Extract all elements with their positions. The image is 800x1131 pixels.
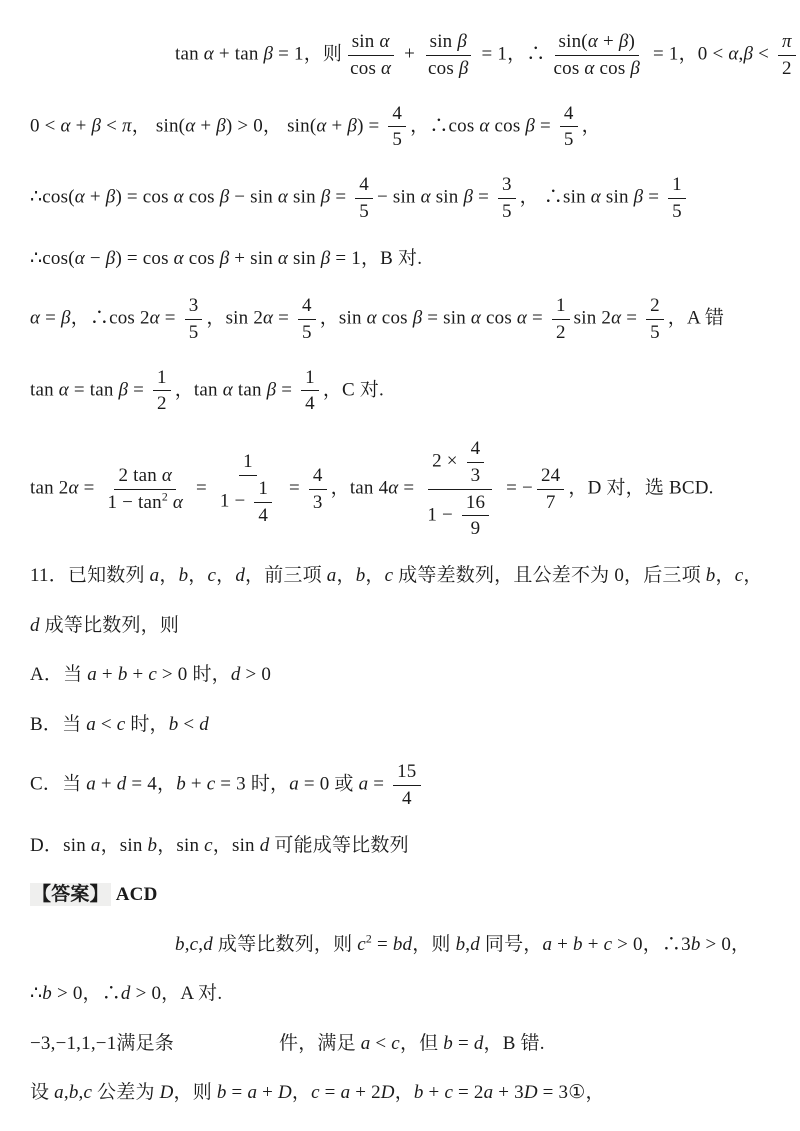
fraction: 25 — [646, 294, 664, 345]
text-run: A．当 — [30, 664, 87, 685]
text-run: ∴ — [30, 983, 42, 1004]
math-variable: a — [341, 1082, 351, 1103]
text-run: 1 — [258, 478, 268, 499]
math-variable: d — [30, 615, 40, 636]
math-variable: α — [174, 187, 184, 208]
trig-solution-line-7: tan 2α = 2 tan α1 − tan2 α = 11 − 14 = 4… — [30, 437, 772, 541]
text-run: − sin — [229, 187, 278, 208]
text-run: ， — [159, 565, 178, 586]
text-run: sin — [431, 187, 464, 208]
text-run: ， — [743, 565, 762, 586]
text-run: = — [473, 187, 494, 208]
math-variable: d — [260, 835, 270, 856]
text-run: 4 — [564, 103, 574, 124]
text-run: sin — [601, 187, 634, 208]
fraction-denominator: 4 — [398, 786, 416, 811]
math-variable: a — [150, 565, 160, 586]
text-run: ACD — [111, 884, 158, 905]
text-run: cos — [554, 58, 585, 79]
fraction-numerator: 1 — [254, 477, 272, 503]
text-run: −3,−1,1,−1满足条 — [30, 1033, 174, 1054]
text-run: 7 — [546, 492, 556, 513]
math-variable: a — [86, 714, 96, 735]
fraction: 12 — [552, 294, 570, 345]
text-run: ，前三项 — [245, 565, 327, 586]
text-run: = — [273, 308, 294, 329]
text-run: 成等比数列，则 — [213, 934, 357, 955]
math-variable: α — [223, 379, 233, 400]
math-variable: a — [543, 934, 553, 955]
math-variable: α — [278, 248, 288, 269]
math-variable: α — [316, 115, 326, 136]
text-run: = — [227, 1082, 248, 1103]
option-b: B．当 a < c 时，b < d — [30, 711, 772, 740]
fraction: 11 − 14 — [216, 450, 280, 527]
text-run: ， — [716, 565, 735, 586]
text-run: + — [327, 115, 348, 136]
text-run: = — [535, 115, 556, 136]
math-variable: α — [381, 58, 391, 79]
fraction: 43 — [467, 437, 485, 488]
fraction-denominator: 5 — [668, 199, 686, 224]
text-run: 3 — [189, 295, 199, 316]
fraction-numerator: sin α — [348, 30, 394, 56]
math-variable: β — [220, 248, 230, 269]
math-variable: α — [75, 187, 85, 208]
math-variable: b — [69, 1082, 79, 1103]
text-run: = 1，0 < — [648, 44, 728, 65]
text-run: 24 — [541, 465, 560, 486]
text-run: 5 — [672, 201, 682, 222]
text-run: ， ∴sin — [520, 187, 591, 208]
text-run: + — [552, 934, 573, 955]
fraction-denominator: 2 — [552, 320, 570, 345]
text-run: 9 — [471, 518, 481, 539]
math-variable: d — [231, 664, 241, 685]
text-run: 15 — [397, 761, 416, 782]
text-run: + — [97, 664, 118, 685]
text-run: > 0，∴ — [52, 983, 121, 1004]
text-run: + — [128, 664, 149, 685]
text-run: = 4， — [126, 774, 176, 795]
text-run: > 0， — [701, 934, 751, 955]
math-variable: β — [347, 115, 357, 136]
text-run: 16 — [466, 492, 485, 513]
text-run: − sin — [377, 187, 421, 208]
text-run: 2 — [650, 295, 660, 316]
text-run: < — [370, 1033, 391, 1054]
text-run: = — [128, 379, 149, 400]
text-run: cos — [377, 308, 413, 329]
math-variable: c — [444, 1082, 453, 1103]
text-run: ) = — [357, 115, 384, 136]
text-run: ，∴cos 2 — [71, 308, 150, 329]
math-variable: b — [414, 1082, 424, 1103]
fraction-denominator: 5 — [298, 320, 316, 345]
math-variable: α — [591, 187, 601, 208]
fraction-denominator: 5 — [388, 127, 406, 152]
text-run: + — [399, 44, 420, 65]
text-run: = — [527, 308, 548, 329]
math-variable: b — [691, 934, 701, 955]
text-run: ， — [188, 565, 207, 586]
math-variable: β — [630, 58, 640, 79]
text-run: 1 − — [427, 504, 458, 525]
math-variable: d — [470, 934, 480, 955]
text-run: = — [276, 379, 297, 400]
text-run: = 1，B 对. — [330, 248, 422, 269]
fraction: 2 tan α1 − tan2 α — [103, 464, 187, 515]
text-run: > 0，A 对. — [131, 983, 223, 1004]
fraction-denominator: 7 — [542, 490, 560, 515]
fraction: 15 — [668, 173, 686, 224]
text-run: ， — [336, 565, 355, 586]
text-run: 1 − — [220, 491, 251, 512]
text-run: 5 — [564, 129, 574, 150]
fraction-denominator: 5 — [560, 127, 578, 152]
math-variable: D — [160, 1082, 174, 1103]
text-run: = 1，∴ — [477, 44, 546, 65]
math-variable: a — [361, 1033, 371, 1054]
fraction: 35 — [498, 173, 516, 224]
math-variable: α — [204, 44, 214, 65]
text-run: 成等比数列，则 — [40, 615, 179, 636]
text-run: = 3①， — [538, 1082, 605, 1103]
math-variable: a — [484, 1082, 494, 1103]
fraction-denominator: 1 − tan2 α — [103, 490, 187, 515]
math-variable: α — [150, 308, 160, 329]
text-run: C．当 — [30, 774, 86, 795]
text-run: 4 — [402, 788, 412, 809]
text-run: = — [643, 187, 664, 208]
math-variable: c — [357, 934, 366, 955]
math-variable: d — [235, 565, 245, 586]
text-run: = — [40, 308, 61, 329]
fraction: 45 — [388, 102, 406, 153]
text-run: ，但 — [400, 1033, 443, 1054]
text-run: ，B 错. — [484, 1033, 545, 1054]
math-variable: β — [743, 44, 753, 65]
fraction-denominator: 1 − 14 — [216, 476, 280, 528]
math-variable: b — [118, 664, 128, 685]
math-variable: β — [106, 187, 116, 208]
text-run: + 2 — [350, 1082, 381, 1103]
text-run: sin 2 — [574, 308, 611, 329]
math-variable: α — [517, 308, 527, 329]
text-run: ，sin — [101, 835, 148, 856]
fraction-numerator: π — [778, 30, 796, 56]
fraction-denominator: 5 — [185, 320, 203, 345]
math-variable: a — [54, 1082, 64, 1103]
math-variable: α — [611, 308, 621, 329]
math-variable: a — [289, 774, 299, 795]
text-run: + — [186, 774, 207, 795]
math-variable: c — [311, 1082, 320, 1103]
fraction: 12 — [153, 366, 171, 417]
text-run: 5 — [359, 201, 369, 222]
math-variable: β — [463, 187, 473, 208]
math-variable: d — [474, 1033, 484, 1054]
text-run: sin — [288, 248, 321, 269]
text-run: ，∴cos — [410, 115, 479, 136]
text-run: < — [96, 714, 117, 735]
math-variable: β — [106, 248, 116, 269]
text-run: 可能成等比数列 — [269, 835, 408, 856]
text-run: ∴cos( — [30, 187, 75, 208]
text-run: + tan — [214, 44, 264, 65]
text-run: 公差为 — [92, 1082, 160, 1103]
fraction: 45 — [298, 294, 316, 345]
text-run: = — [621, 308, 642, 329]
fraction-denominator: 5 — [646, 320, 664, 345]
text-run: sin — [430, 31, 458, 52]
text-run: 11．已知数列 — [30, 565, 150, 586]
math-variable: α — [185, 115, 195, 136]
text-run: ， — [292, 1082, 311, 1103]
math-variable: β — [457, 31, 467, 52]
text-run: cos — [595, 58, 631, 79]
text-run: = — [368, 774, 389, 795]
fraction-denominator: 3 — [467, 463, 485, 488]
text-run: ，则 — [412, 934, 455, 955]
text-run: 5 — [502, 201, 512, 222]
text-run: 1 — [243, 451, 253, 472]
fraction: 35 — [185, 294, 203, 345]
text-run: 4 — [258, 505, 268, 526]
fraction-denominator: 3 — [309, 490, 327, 515]
math-variable: d — [203, 934, 213, 955]
math-variable: b — [706, 565, 716, 586]
text-run: ) = cos — [115, 248, 173, 269]
fraction: sin βcos β — [424, 30, 473, 81]
text-run: = — [191, 477, 212, 498]
fraction: sin(α + β)cos α cos β — [550, 30, 645, 81]
math-variable: α — [367, 308, 377, 329]
math-variable: b — [42, 983, 52, 1004]
math-solution-document: tan α + tan β = 1，则sin αcos α + sin βcos… — [30, 30, 772, 1108]
text-run: 4 — [392, 103, 402, 124]
fraction-numerator: 15 — [393, 760, 420, 786]
fraction-numerator: 1 — [153, 366, 171, 392]
text-run: ， — [365, 565, 384, 586]
math-variable: α — [162, 465, 172, 486]
seq-solution-line-1: b,c,d 成等比数列，则 c2 = bd，则 b,d 同号，a + b + c… — [175, 931, 772, 960]
math-variable: d — [121, 983, 131, 1004]
fraction: 169 — [462, 491, 489, 542]
text-run: = — [398, 477, 419, 498]
math-variable: π — [782, 31, 792, 52]
text-run: 2 tan — [118, 465, 161, 486]
text-run: 5 — [392, 129, 402, 150]
fraction: π2 — [778, 30, 796, 81]
math-variable: c — [604, 934, 613, 955]
text-run: = 0 或 — [299, 774, 359, 795]
question-11-stem-line-2: d 成等比数列，则 — [30, 612, 772, 641]
math-variable: β — [413, 308, 423, 329]
answer-line: 【答案】 ACD — [30, 881, 772, 910]
fraction-numerator: 3 — [185, 294, 203, 320]
text-run: 3 — [471, 465, 481, 486]
text-run: 2 — [157, 393, 167, 414]
math-variable: d — [199, 714, 209, 735]
text-run: 1 − tan — [107, 492, 161, 513]
math-variable: α — [584, 58, 594, 79]
fraction-denominator: 2 — [153, 391, 171, 416]
fraction-denominator: 2 — [778, 56, 796, 81]
text-run: + 3 — [493, 1082, 524, 1103]
text-run: > 0，∴3 — [612, 934, 691, 955]
trig-solution-line-1: tan α + tan β = 1，则sin αcos α + sin βcos… — [175, 30, 772, 81]
text-run: cos — [481, 308, 517, 329]
fraction-numerator: sin(α + β) — [555, 30, 640, 56]
fraction-denominator: 1 − 169 — [423, 490, 497, 542]
text-run: = — [372, 934, 393, 955]
math-variable: c — [207, 565, 216, 586]
text-run: ， — [395, 1082, 414, 1103]
superscript: 2 — [162, 490, 168, 503]
fraction-numerator: 4 — [560, 102, 578, 128]
text-run: cos — [350, 58, 381, 79]
math-variable: β — [321, 248, 331, 269]
math-variable: β — [321, 187, 331, 208]
fraction: 247 — [537, 464, 564, 515]
math-variable: α — [263, 308, 273, 329]
math-variable: D — [278, 1082, 292, 1103]
math-variable: β — [459, 58, 469, 79]
fraction-numerator: 4 — [298, 294, 316, 320]
math-variable: D — [381, 1082, 395, 1103]
trig-solution-line-4: ∴cos(α − β) = cos α cos β + sin α sin β … — [30, 245, 772, 274]
text-run: < — [178, 714, 199, 735]
fraction-numerator: 2 — [646, 294, 664, 320]
math-variable: a — [91, 835, 101, 856]
math-variable: a — [86, 774, 96, 795]
text-run: tan — [175, 44, 204, 65]
text-run: sin — [352, 31, 380, 52]
math-variable: β — [634, 187, 644, 208]
text-run: 同号， — [480, 934, 543, 955]
math-variable: c — [385, 565, 394, 586]
math-variable: α — [75, 248, 85, 269]
text-run: cos — [428, 58, 459, 79]
fraction-numerator: 4 — [467, 437, 485, 463]
text-run: + — [96, 774, 117, 795]
fraction-numerator: 4 — [309, 464, 327, 490]
fraction-denominator: cos β — [424, 56, 473, 81]
math-variable: c — [391, 1033, 400, 1054]
math-variable: α — [388, 477, 398, 498]
fraction-denominator: 5 — [498, 199, 516, 224]
text-run: ，则 — [174, 1082, 217, 1103]
text-run: + — [583, 934, 604, 955]
math-variable: d — [117, 774, 127, 795]
math-variable: D — [524, 1082, 538, 1103]
text-run: 1 — [672, 174, 682, 195]
math-variable: β — [92, 115, 102, 136]
text-run: = sin — [422, 308, 471, 329]
text-run: ，A 错 — [668, 308, 724, 329]
math-variable: β — [61, 308, 71, 329]
math-variable: β — [119, 379, 129, 400]
trig-solution-line-2: 0 < α + β < π， sin(α + β) > 0， sin(α + β… — [30, 102, 772, 153]
fraction-numerator: 4 — [388, 102, 406, 128]
text-run: ∴cos( — [30, 248, 75, 269]
math-variable: c — [148, 664, 157, 685]
math-variable: b — [217, 1082, 227, 1103]
text-run: = 3 时， — [215, 774, 289, 795]
trig-solution-line-6: tan α = tan β = 12，tan α tan β = 14，C 对. — [30, 366, 772, 417]
text-run: 4 — [313, 465, 323, 486]
text-run: 2 — [782, 58, 792, 79]
text-run: ， — [216, 565, 235, 586]
text-run: ) = cos — [115, 187, 173, 208]
text-run: + — [257, 1082, 278, 1103]
math-variable: b — [573, 934, 583, 955]
math-variable: β — [267, 379, 277, 400]
text-run: cos — [184, 248, 220, 269]
text-run: + — [424, 1082, 445, 1103]
text-run: = — [453, 1033, 474, 1054]
math-variable: α — [173, 492, 183, 513]
text-run: 3 — [502, 174, 512, 195]
text-run: + sin — [229, 248, 278, 269]
text-run: 件，满足 — [279, 1033, 361, 1054]
math-variable: α — [471, 308, 481, 329]
text-run: = 2 — [453, 1082, 484, 1103]
text-run: < — [101, 115, 122, 136]
fraction-denominator: 5 — [355, 199, 373, 224]
text-run: 0 < — [30, 115, 61, 136]
text-run: ) > 0， sin( — [226, 115, 317, 136]
math-variable: b — [443, 1033, 453, 1054]
math-variable: α — [479, 115, 489, 136]
text-run: ，sin 2 — [206, 308, 263, 329]
math-variable: α — [421, 187, 431, 208]
text-run: 5 — [650, 322, 660, 343]
text-run: ) — [629, 31, 636, 52]
text-run: tan 2 — [30, 477, 68, 498]
text-run: tan — [233, 379, 267, 400]
trig-solution-line-3: ∴cos(α + β) = cos α cos β − sin α sin β … — [30, 173, 772, 224]
text-run: + — [85, 187, 106, 208]
text-run: 4 — [305, 393, 315, 414]
trig-solution-line-5: α = β，∴cos 2α = 35，sin 2α = 45，sin α cos… — [30, 294, 772, 345]
fraction: 14 — [301, 366, 319, 417]
seq-solution-line-2: ∴b > 0，∴d > 0，A 对. — [30, 980, 772, 1009]
text-run: 成等差数列，且公差不为 0，后三项 — [393, 565, 706, 586]
text-run: < — [753, 44, 774, 65]
seq-solution-line-3: −3,−1,1,−1满足条件，满足 a < c，但 b = d，B 错. — [30, 1030, 772, 1059]
math-variable: α — [379, 31, 389, 52]
math-variable: bd — [393, 934, 412, 955]
text-run: > 0 — [241, 664, 272, 685]
text-run: sin — [288, 187, 321, 208]
text-run: ，sin — [213, 835, 260, 856]
fraction-numerator: sin β — [426, 30, 471, 56]
text-run: D．sin — [30, 835, 91, 856]
text-run: > 0 时， — [157, 664, 231, 685]
text-run: + — [71, 115, 92, 136]
fraction-numerator: 1 — [301, 366, 319, 392]
math-variable: b — [175, 934, 185, 955]
text-run: 1 — [305, 367, 315, 388]
math-variable: π — [122, 115, 132, 136]
text-run: = — [330, 187, 351, 208]
text-run: 4 — [359, 174, 369, 195]
math-variable: α — [68, 477, 78, 498]
math-variable: a — [247, 1082, 257, 1103]
fraction: sin αcos α — [346, 30, 395, 81]
